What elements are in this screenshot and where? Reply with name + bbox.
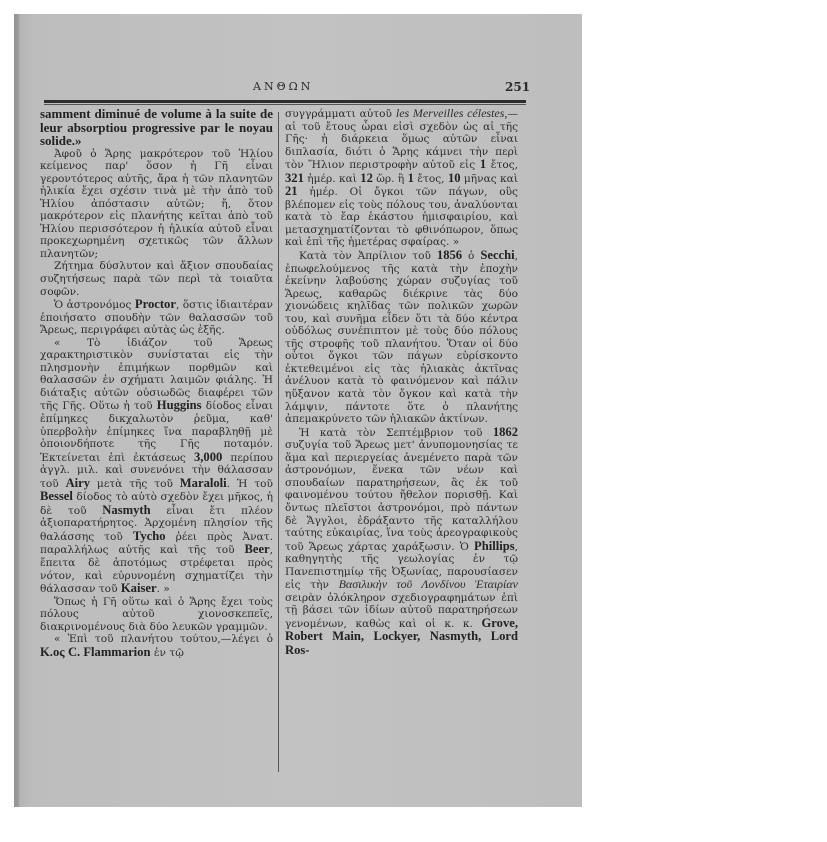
name-flammarion: C. Flammarion [68, 645, 151, 659]
paragraph-1862-opposition: Ἡ κατὰ τὸν Σεπτέμβριον τοῦ 1862 συζυγία … [285, 426, 518, 658]
paragraph-age-question: Ἀφοῦ ὁ Ἄρης μακρότερον τοῦ Ἡλίου κείμενο… [40, 148, 273, 261]
name-bessel: Bessel [40, 489, 73, 503]
scanned-page: ΑΝΘΩΝ 251 samment diminué de volume à la… [14, 14, 582, 807]
title-k: Κ.ος [40, 645, 65, 659]
name-nasmyth: Nasmyth [102, 503, 150, 517]
name-phillips: Phillips [474, 539, 515, 553]
royal-society: Βασιλικὴν τοῦ Λονδίνου Ἑταιρίαν [339, 577, 518, 591]
page-number: 251 [505, 80, 530, 94]
year-1862: 1862 [493, 425, 518, 439]
name-huggins: Huggins [157, 398, 202, 412]
name-beer: Beer [244, 542, 269, 556]
running-title: ΑΝΘΩΝ [253, 80, 313, 93]
paragraph-polar-caps: Ὅπως ἡ Γῆ οὕτω καὶ ὁ Ἄρης ἔχει τοὺς πόλο… [40, 596, 273, 634]
left-column: samment diminué de volume à la suite de … [40, 107, 273, 659]
header-rule [44, 100, 526, 103]
right-column: συγγράμματι αὐτοῦ les Merveilles céleste… [285, 107, 518, 658]
paragraph-proctor: Ὁ ἀστρονόμος Proctor, ὅστις ἰδιαιτέραν ἐ… [40, 298, 273, 337]
page-binding-shadow [14, 14, 19, 807]
paragraph-mars-seas: « Τὸ ἰδιάζον τοῦ Ἄρεως χαρακτηριστικὸν σ… [40, 337, 273, 596]
year-1856: 1856 [437, 248, 462, 262]
number-3000: 3,000 [194, 450, 222, 464]
paragraph-flammarion: « Ἐπὶ τοῦ πλανήτου τούτου,—λέγει ὁ Κ.ος … [40, 633, 273, 659]
column-separator [278, 112, 279, 772]
name-airy: Airy [66, 476, 90, 490]
header-rule-thin [44, 104, 526, 105]
name-kaiser: Kaiser [121, 581, 157, 595]
name-tycho: Tycho [133, 529, 166, 543]
paragraph-debate: Ζήτημα δύσλυτον καὶ ἄξιον σπουδαίας συζη… [40, 260, 273, 298]
running-header: ΑΝΘΩΝ 251 [28, 80, 528, 96]
name-maraloli: Maraloli [180, 476, 227, 490]
name-proctor: Proctor [135, 297, 176, 311]
book-title: les Merveilles célestes, [396, 106, 508, 120]
paragraph-secchi: Κατὰ τὸν Ἀπρίλιον τοῦ 1856 ὁ Secchi, ἐπω… [285, 249, 518, 426]
name-secchi: Secchi [480, 248, 514, 262]
paragraph-seasons: συγγράμματι αὐτοῦ les Merveilles céleste… [285, 107, 518, 249]
french-quote-end: samment diminué de volume à la suite de … [40, 107, 273, 148]
